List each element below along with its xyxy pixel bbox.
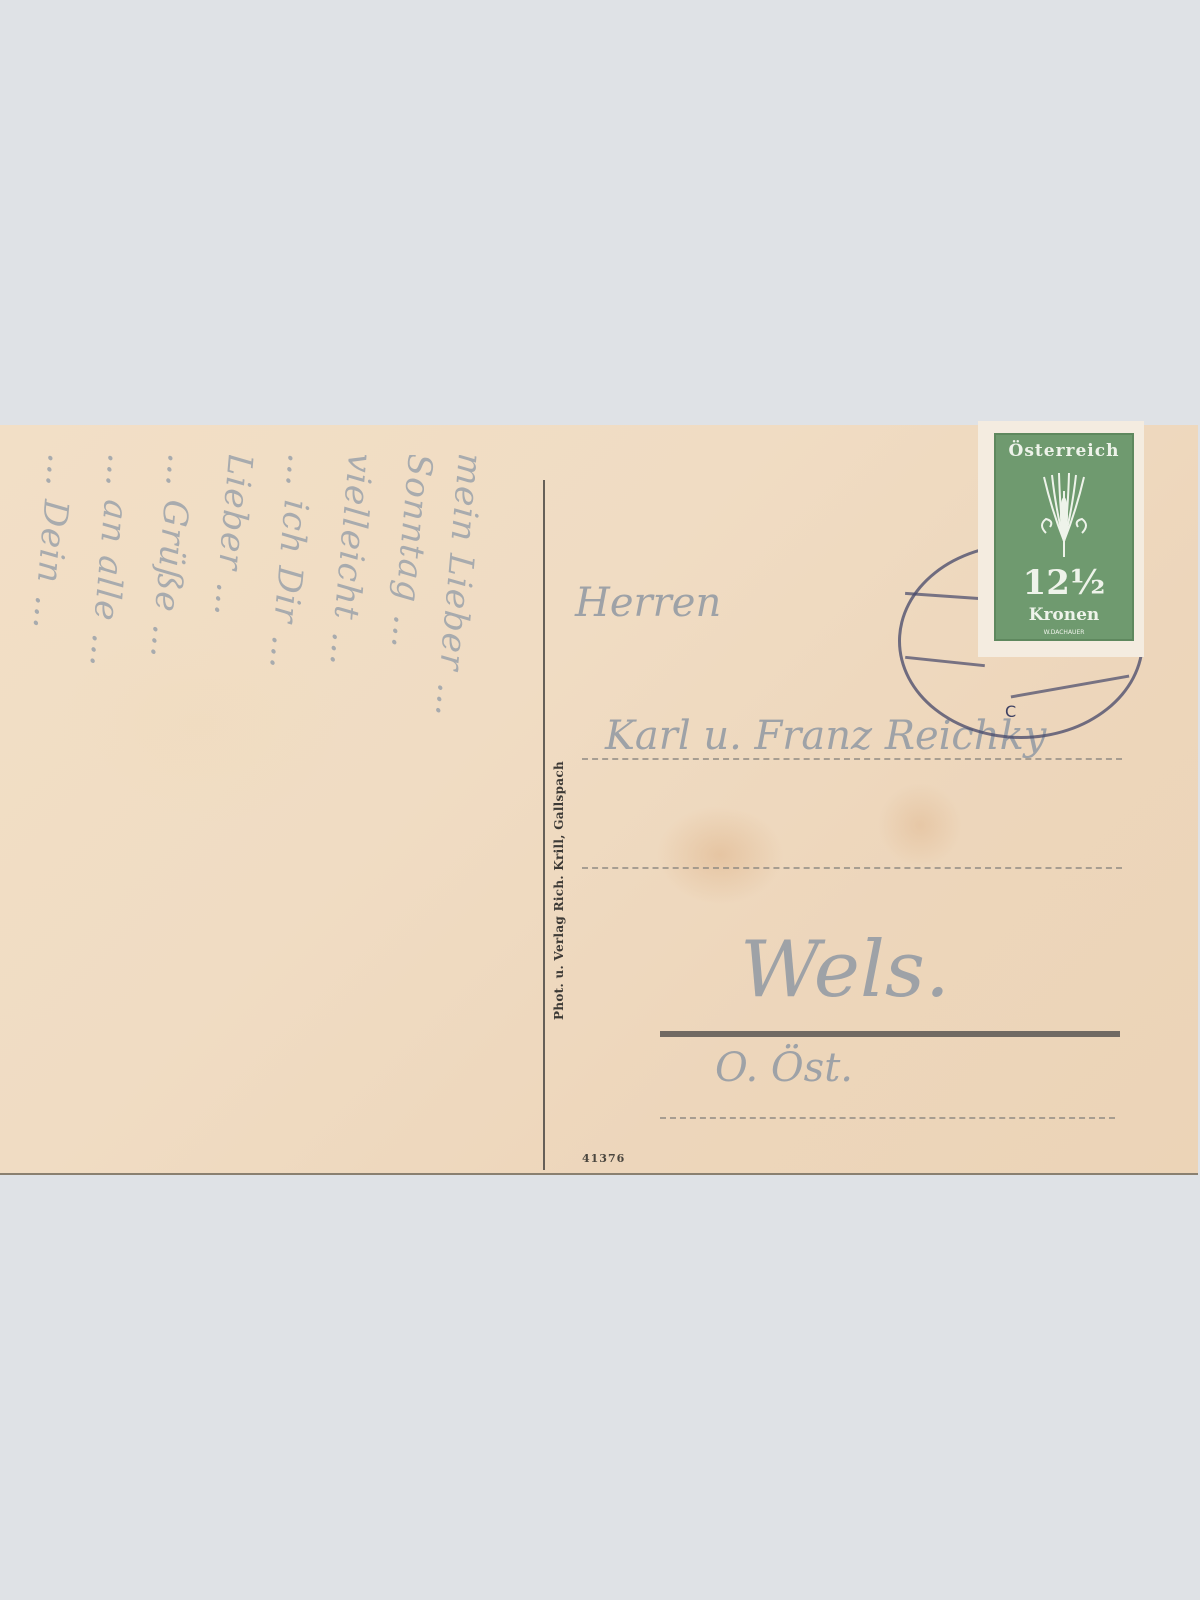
center-divider	[543, 480, 545, 1170]
serial-number: 41376	[582, 1152, 625, 1165]
message-line: Sonntag …	[383, 455, 440, 651]
address-line-1	[582, 758, 1122, 760]
address-salutation: Herren	[575, 580, 721, 626]
handwritten-message: mein Lieber … Sonntag … vielleicht … … i…	[20, 455, 530, 1145]
postcard: mein Lieber … Sonntag … vielleicht … … i…	[0, 425, 1198, 1173]
message-line: Lieber …	[206, 455, 260, 619]
message-line: … an alle …	[81, 455, 140, 670]
message-line: … Grüße …	[142, 455, 200, 661]
wheat-sheaf-icon	[1036, 471, 1092, 559]
stamp-country: Österreich	[996, 441, 1132, 461]
address-line-3	[660, 1117, 1115, 1119]
message-line: … Dein …	[25, 455, 80, 632]
postmark-letter: C	[1005, 702, 1016, 721]
postage-stamp: Österreich 12½ Kronen W.DACHAUER	[978, 421, 1144, 657]
message-line: … ich Dir …	[261, 455, 320, 672]
stamp-design: Österreich 12½ Kronen W.DACHAUER	[994, 433, 1134, 641]
address-line-2	[582, 867, 1122, 869]
message-line: vielleicht …	[321, 455, 380, 669]
address-city-underline	[660, 1031, 1120, 1037]
address-region: O. Öst.	[715, 1045, 853, 1091]
stamp-value: 12½	[996, 563, 1132, 603]
stamp-engraver: W.DACHAUER	[996, 629, 1132, 636]
publisher-imprint: Phot. u. Verlag Rich. Krill, Gallspach	[552, 761, 566, 1020]
stamp-currency: Kronen	[996, 605, 1132, 625]
address-city: Wels.	[740, 925, 950, 1015]
